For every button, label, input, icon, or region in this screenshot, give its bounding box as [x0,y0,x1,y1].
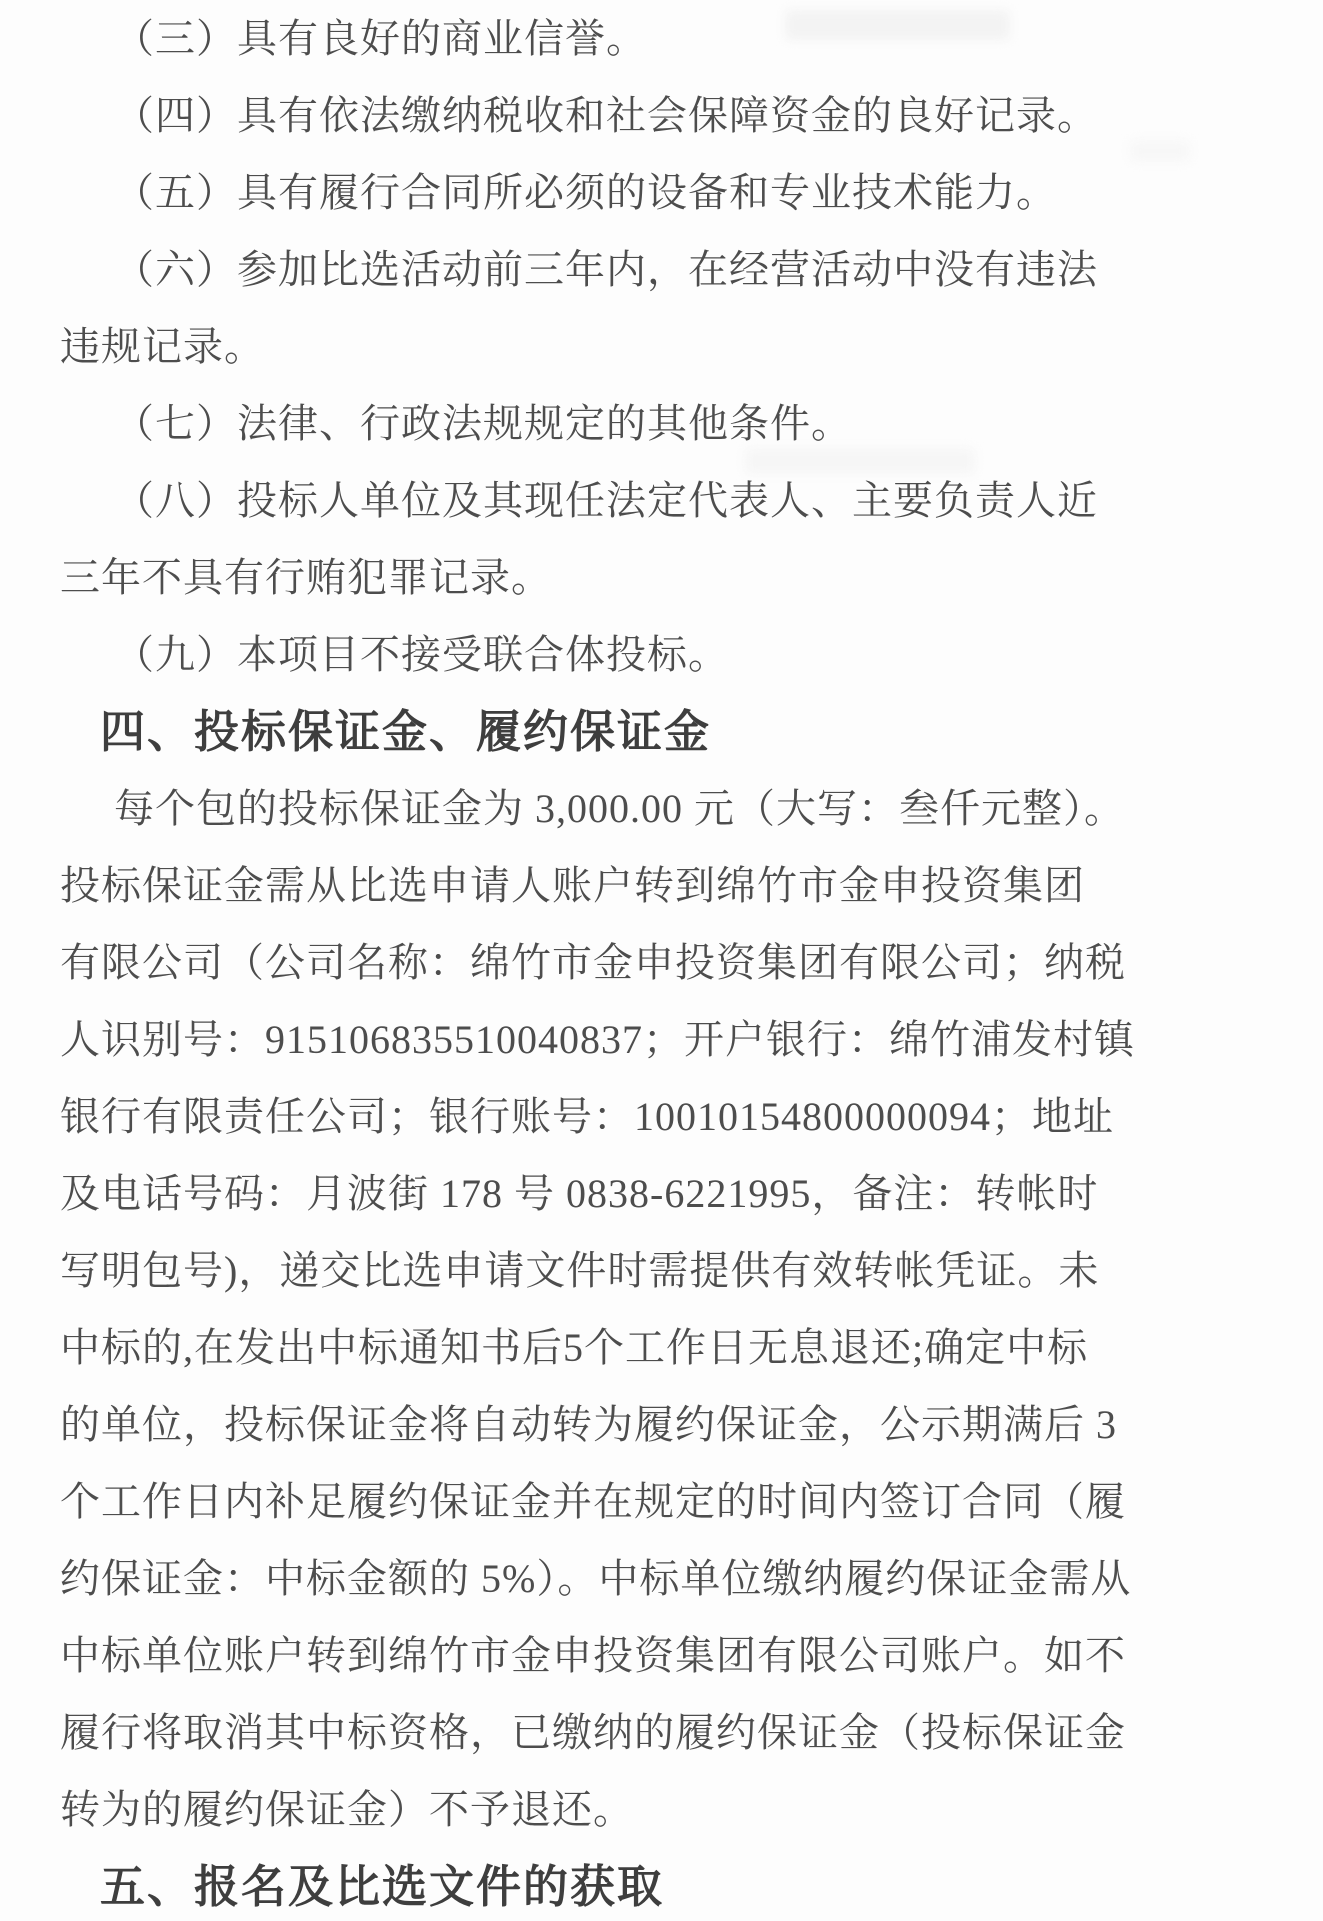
section-4-line-2: 投标保证金需从比选申请人账户转到绵竹市金申投资集团 [60,847,1080,924]
section-4-line-11: 约保证金：中标金额的 5%）。中标单位缴纳履约保证金需从 [60,1540,1080,1617]
scanned-document-page: （三）具有良好的商业信誉。 （四）具有依法缴纳税收和社会保障资金的良好记录。 （… [0,0,1323,1921]
section-4-line-12: 中标单位账户转到绵竹市金申投资集团有限公司账户。如不 [60,1617,1080,1694]
document-body: （三）具有良好的商业信誉。 （四）具有依法缴纳税收和社会保障资金的良好记录。 （… [60,0,1080,1921]
section-4-line-3: 有限公司（公司名称：绵竹市金申投资集团有限公司；纳税 [60,924,1080,1001]
qualification-item-6-line-1: （六）参加比选活动前三年内，在经营活动中没有违法 [60,231,1080,308]
section-4-line-10: 个工作日内补足履约保证金并在规定的时间内签订合同（履 [60,1463,1080,1540]
qualification-item-9: （九）本项目不接受联合体投标。 [60,616,1080,693]
scan-artifact [1130,140,1190,162]
section-4-line-4: 人识别号：915106835510040837；开户银行：绵竹浦发村镇 [60,1001,1080,1078]
section-4-line-8: 中标的,在发出中标通知书后5个工作日无息退还;确定中标 [60,1309,1080,1386]
qualification-item-3: （三）具有良好的商业信誉。 [60,0,1080,77]
qualification-item-6-line-2: 违规记录。 [60,308,1080,385]
qualification-item-5: （五）具有履行合同所必须的设备和专业技术能力。 [60,154,1080,231]
section-4-line-14: 转为的履约保证金）不予退还。 [60,1771,1080,1848]
section-4-line-9: 的单位，投标保证金将自动转为履约保证金，公示期满后 3 [60,1386,1080,1463]
section-4-line-1: 每个包的投标保证金为 3,000.00 元（大写：叁仟元整）。 [60,770,1080,847]
qualification-item-8-line-2: 三年不具有行贿犯罪记录。 [60,539,1080,616]
section-4-line-6: 及电话号码：月波街 178 号 0838-6221995，备注：转帐时 [60,1155,1080,1232]
section-4-line-7: 写明包号)，递交比选申请文件时需提供有效转帐凭证。未 [60,1232,1080,1309]
section-4-heading: 四、投标保证金、履约保证金 [60,693,1080,770]
qualification-item-8-line-1: （八）投标人单位及其现任法定代表人、主要负责人近 [60,462,1080,539]
section-4-line-5: 银行有限责任公司；银行账号：10010154800000094；地址 [60,1078,1080,1155]
qualification-item-4: （四）具有依法缴纳税收和社会保障资金的良好记录。 [60,77,1080,154]
section-4-line-13: 履行将取消其中标资格，已缴纳的履约保证金（投标保证金 [60,1694,1080,1771]
qualification-item-7: （七）法律、行政法规规定的其他条件。 [60,385,1080,462]
section-5-heading: 五、报名及比选文件的获取 [60,1848,1080,1921]
